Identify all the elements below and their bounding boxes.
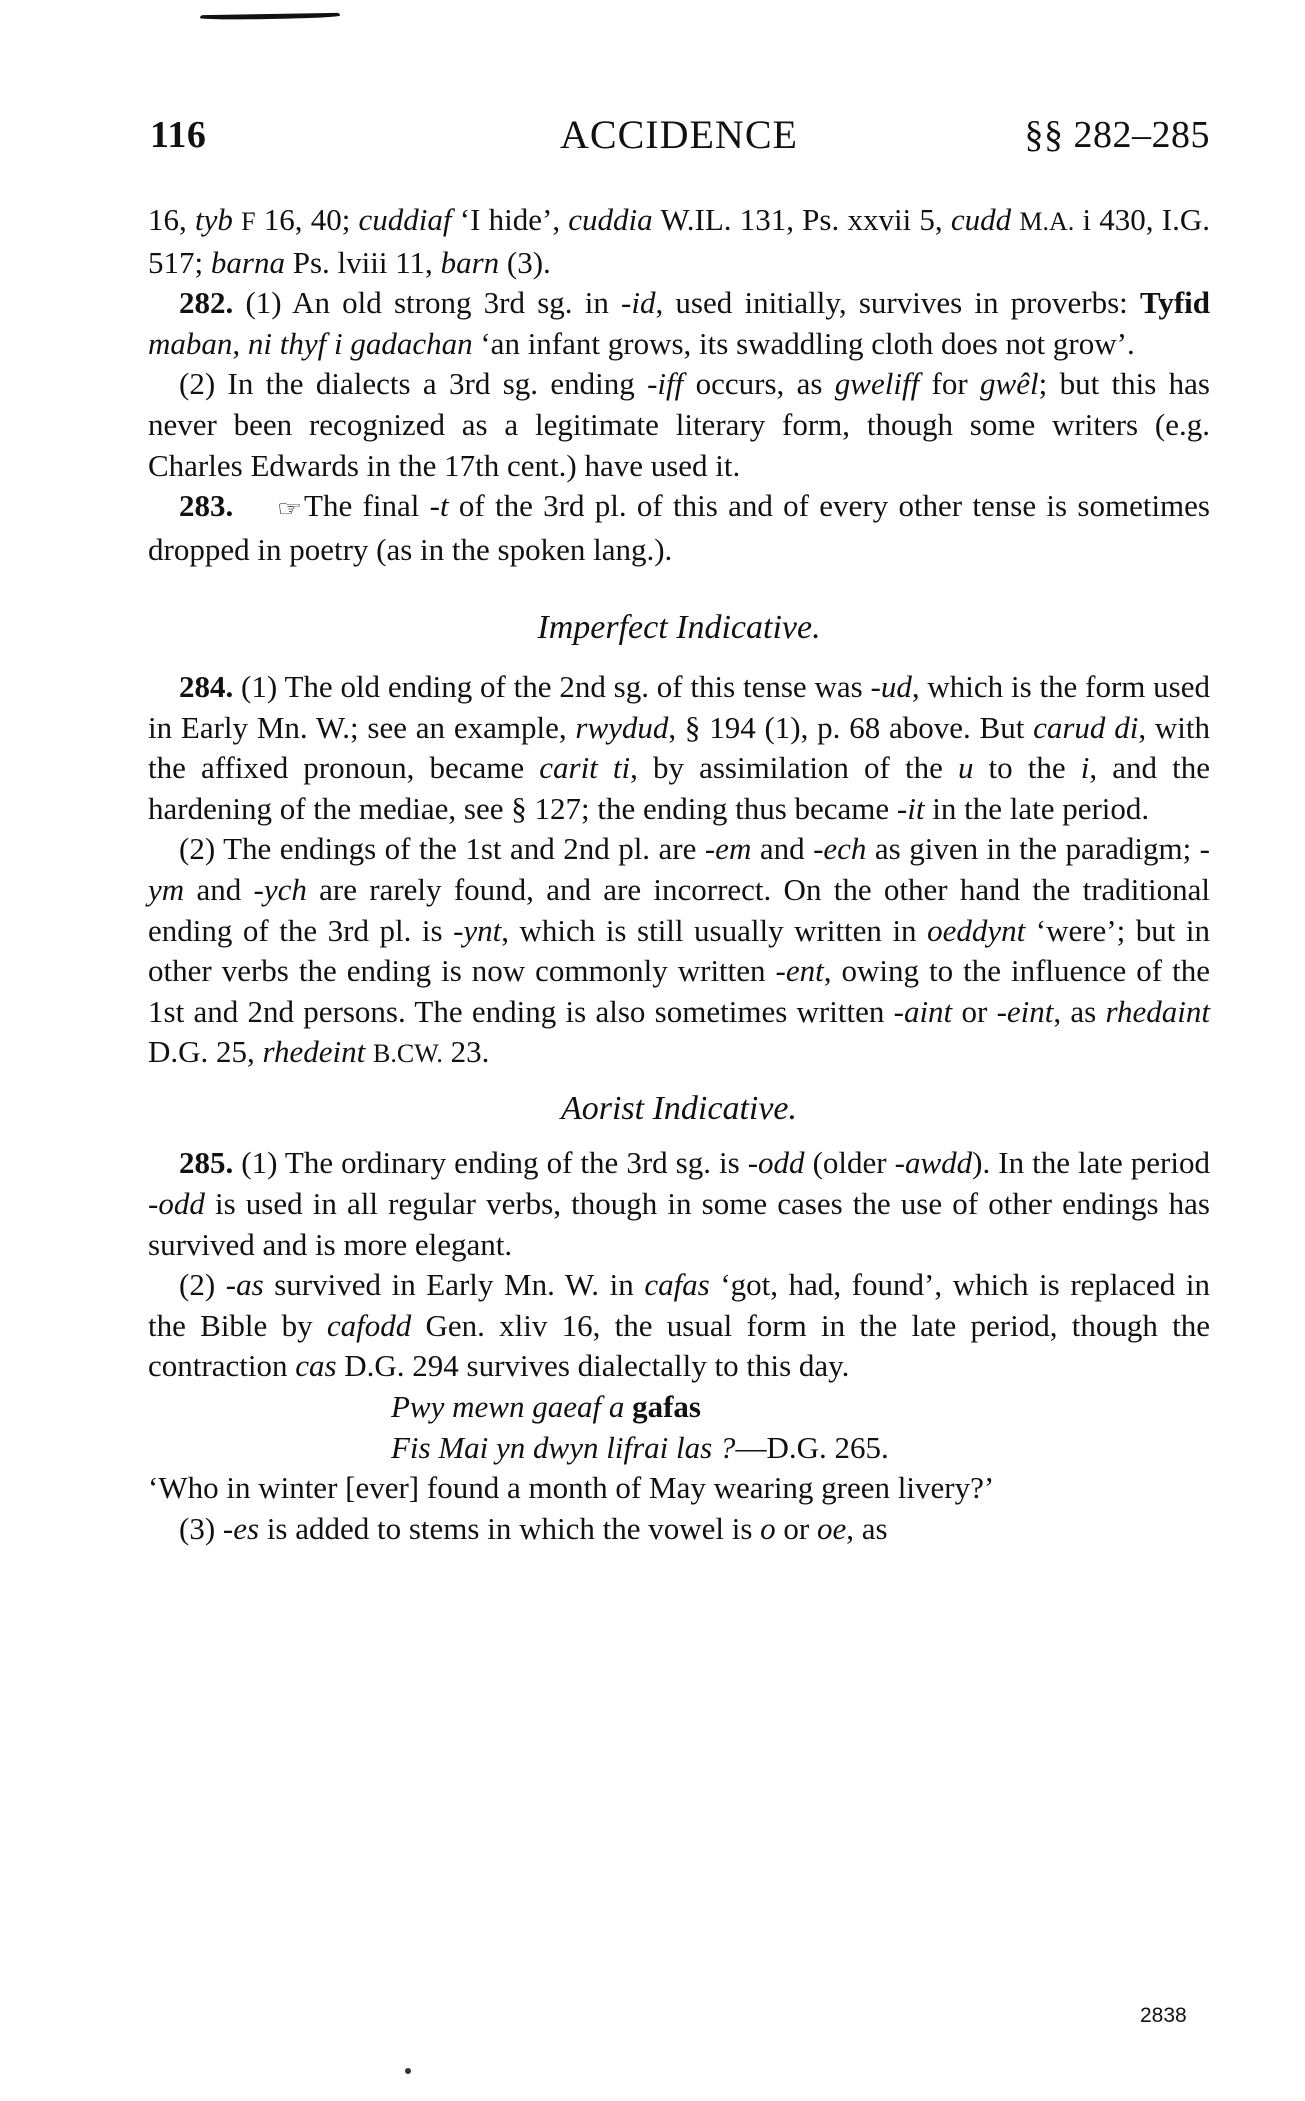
- section-283: 283. ☞ The final -t of the 3rd pl. of th…: [148, 486, 1210, 570]
- section-number: 283.: [179, 488, 233, 523]
- running-header: 116 ACCIDENCE §§ 282–285: [148, 110, 1210, 160]
- section-number: 282.: [179, 285, 233, 320]
- scan-number: 2838: [1140, 2004, 1187, 2028]
- scan-artifact-mark: [200, 13, 340, 20]
- verse-quotation: Pwy mewn gaeaf a gafasFis Mai yn dwyn li…: [148, 1387, 1210, 1468]
- heading-imperfect-indicative: Imperfect Indicative.: [148, 608, 1210, 649]
- section-number: 284.: [179, 669, 233, 704]
- heading-aorist-indicative: Aorist Indicative.: [148, 1089, 1210, 1130]
- section-284-1: 284. (1) The old ending of the 2nd sg. o…: [148, 667, 1210, 829]
- scan-artifact-dot: [405, 2068, 411, 2074]
- section-284-2: (2) The endings of the 1st and 2nd pl. a…: [148, 829, 1210, 1075]
- body-text: 16, tyb F 16, 40; cuddiaf ‘I hide’, cudd…: [148, 200, 1210, 1549]
- section-number: 285.: [179, 1145, 233, 1180]
- section-285-1: 285. (1) The ordinary ending of the 3rd …: [148, 1143, 1210, 1265]
- pointing-hand-icon: ☞: [236, 489, 302, 530]
- section-285-3: (3) -es is added to stems in which the v…: [148, 1509, 1210, 1550]
- verse-translation: ‘Who in winter [ever] found a month of M…: [148, 1468, 1210, 1509]
- section-282-2: (2) In the dialects a 3rd sg. ending -if…: [148, 364, 1210, 486]
- section-282-1: 282. (1) An old strong 3rd sg. in -id, u…: [148, 283, 1210, 364]
- paragraph-continuation: 16, tyb F 16, 40; cuddiaf ‘I hide’, cudd…: [148, 200, 1210, 283]
- section-285-2: (2) -as survived in Early Mn. W. in cafa…: [148, 1265, 1210, 1387]
- book-page: 116 ACCIDENCE §§ 282–285 16, tyb F 16, 4…: [0, 0, 1305, 2101]
- section-range: §§ 282–285: [1025, 110, 1211, 160]
